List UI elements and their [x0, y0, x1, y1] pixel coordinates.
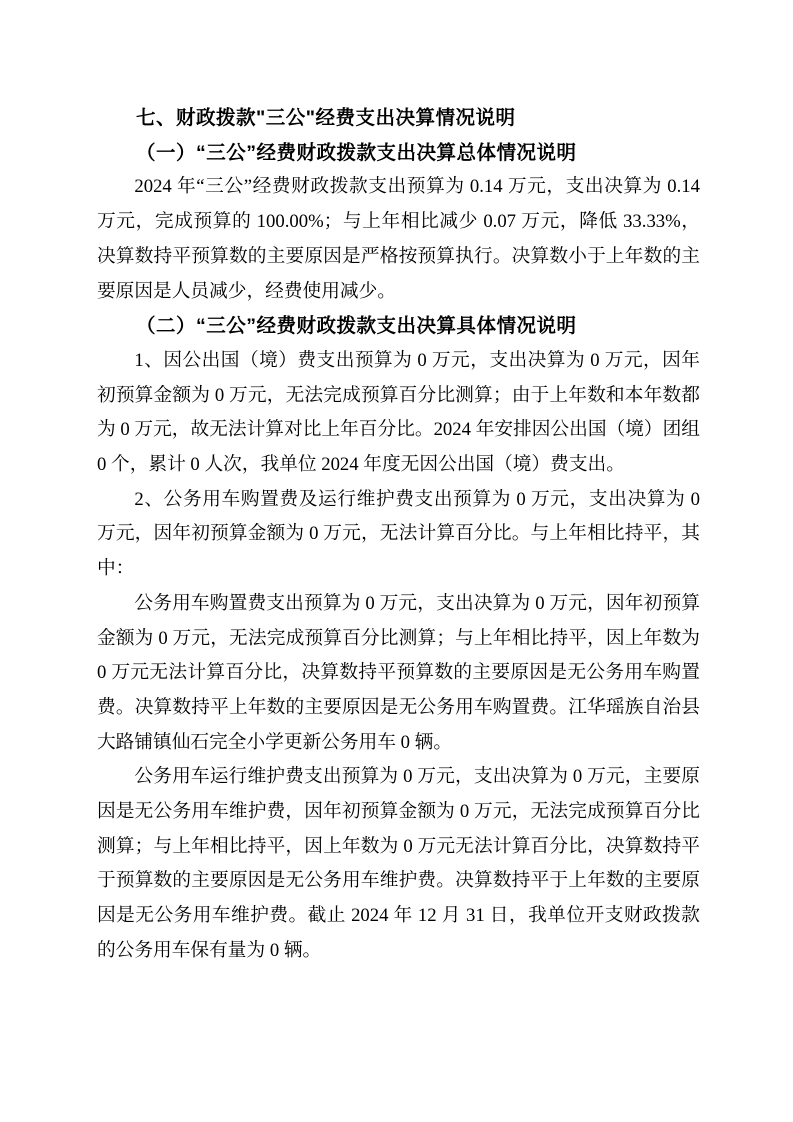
paragraph-vehicle-total: 2、公务用车购置费及运行维护费支出预算为 0 万元，支出决算为 0 万元，因年初…: [97, 483, 700, 587]
section-specific-situation: （二）“三公”经费财政拨款支出决算具体情况说明 1、因公出国（境）费支出预算为 …: [97, 309, 700, 968]
main-heading: 七、财政拨款"三公"经费支出决算情况说明: [97, 101, 700, 136]
section-heading-overall: （一）“三公”经费财政拨款支出决算总体情况说明: [97, 136, 700, 171]
paragraph-abroad-expense: 1、因公出国（境）费支出预算为 0 万元，支出决算为 0 万元，因年初预算金额为…: [97, 344, 700, 483]
section-heading-specific: （二）“三公”经费财政拨款支出决算具体情况说明: [97, 309, 700, 344]
paragraph-vehicle-maintenance: 公务用车运行维护费支出预算为 0 万元，支出决算为 0 万元，主要原因是无公务用…: [97, 760, 700, 968]
paragraph-overall-summary: 2024 年“三公”经费财政拨款支出预算为 0.14 万元，支出决算为 0.14…: [97, 170, 700, 309]
paragraph-vehicle-purchase: 公务用车购置费支出预算为 0 万元，支出决算为 0 万元，因年初预算金额为 0 …: [97, 587, 700, 761]
section-overall-situation: （一）“三公”经费财政拨款支出决算总体情况说明 2024 年“三公”经费财政拨款…: [97, 136, 700, 310]
document-page: 七、财政拨款"三公"经费支出决算情况说明 （一）“三公”经费财政拨款支出决算总体…: [0, 0, 793, 1122]
